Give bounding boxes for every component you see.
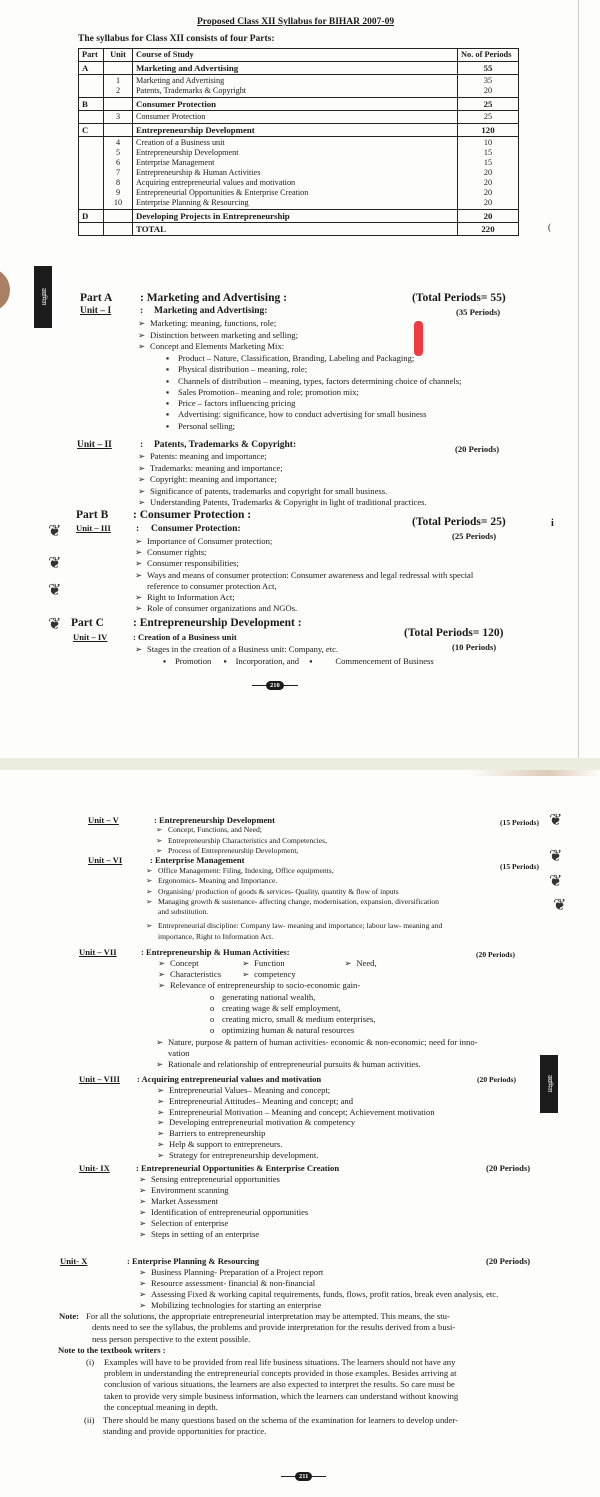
periods-cell: 35 20 [458,75,519,98]
unit-number: 8 [107,178,129,188]
arrow-bullet-icon: ➢ [344,958,356,969]
writers-note-heading: Note to the textbook writers : [58,1345,166,1355]
unit-8-items: ➢Entrepreneurial Values– Meaning and con… [157,1085,435,1161]
page-number: 210 [266,681,284,690]
item-text: Sales Promotion– meaning and role; promo… [178,387,359,397]
square-bullet-icon: ▪ [166,398,178,409]
list-item: ➢Entrepreneurial discipline: Company law… [146,921,442,931]
course-cell: Consumer Protection [133,111,458,124]
unit-2-periods: (20 Periods) [455,444,499,454]
syllabus-page-210: Proposed Class XII Syllabus for BIHAR 20… [0,0,600,758]
arrow-bullet-icon: ➢ [157,1085,169,1096]
arrow-bullet-icon: ➢ [242,969,254,980]
unit-periods: 20 [461,198,515,208]
unit-1-title: Marketing and Advertising: [154,306,267,316]
unit-course: Enterprise Management [136,158,454,168]
part-cell: B [79,98,104,111]
note-line: For all the solutions, the appropriate e… [86,1311,455,1322]
unit-cell [104,210,133,223]
arrow-bullet-icon: ➢ [135,592,147,603]
header-part: Part [79,49,104,62]
periods-cell: 10 15 15 20 20 20 20 [458,137,519,210]
colon: : [140,440,143,450]
list-item: ▪Physical distribution – meaning, role; [166,364,462,375]
item-text: Mobilizing technologies for starting an … [151,1300,321,1310]
unit-periods: 20 [461,86,515,96]
item-text: Selection of enterprise [151,1218,228,1228]
unit-5-items: ➢Concept, Functions, and Need; ➢Entrepre… [156,825,327,857]
note-line: ness person perspective to the extent po… [86,1334,455,1345]
item-text: Consumer responsibilities; [147,558,239,568]
leaf-ornament-icon: ❦ [549,871,562,891]
arrow-bullet-icon: ➢ [139,1196,151,1207]
list-item: ogenerating national wealth, [210,992,375,1003]
unit-10-label: Unit- X [60,1256,87,1266]
table-row: C Entrepreneurship Development 120 [79,124,519,137]
margin-mark: i [551,518,554,529]
arrow-bullet-icon: ➢ [139,1185,151,1196]
note-text: For all the solutions, the appropriate e… [86,1311,455,1345]
unit-2-label: Unit – II [77,440,112,450]
unit-course: Enterprise Planning & Resourcing [136,198,454,208]
item-text: Relevance of entrepreneurship to socio-e… [170,980,360,990]
list-item: ➢Strategy for entrepreneurship developme… [157,1150,435,1161]
item-text: Ways and means of consumer protection: C… [147,570,473,580]
note-line: dents need to see the syllabus, the prob… [86,1322,455,1333]
course-cell: Marketing and Advertising [133,62,458,75]
item-text: Market Assessment [151,1196,218,1206]
unit-course: Patents, Trademarks & Copyright [136,86,454,96]
list-item: ➢Business Planning- Preparation of a Pro… [139,1267,498,1278]
part-cell [79,223,104,236]
item-text: Process of Entrepreneurship Development, [168,846,298,855]
unit-course: Entrepreneurship & Human Activities [136,168,454,178]
list-item: ➢Office Management: Filing, Indexing, Of… [146,866,442,876]
list-item: ➢Distinction between marketing and selli… [138,330,298,342]
part-a-title: : Marketing and Advertising : [140,292,287,304]
course-cell: Creation of a Business unit Entrepreneur… [133,137,458,210]
periods-cell: 20 [458,210,519,223]
leaf-ornament-icon: ❦ [48,553,61,573]
unit-10-items: ➢Business Planning- Preparation of a Pro… [139,1267,498,1311]
colon: : [136,524,139,534]
arrow-bullet-icon: ➢ [156,1037,168,1048]
square-bullet-icon: ▪ [166,421,178,432]
arrow-bullet-icon: ➢ [139,1300,151,1311]
periods-cell: 55 [458,62,519,75]
course-cell: Developing Projects in Entrepreneurship [133,210,458,223]
arrow-bullet-icon: ➢ [158,958,170,969]
periods-cell: 25 [458,98,519,111]
arrow-bullet-icon: ➢ [157,1139,169,1150]
unit-2-items: ➢Patents: meaning and importance; ➢Trade… [138,451,427,509]
periods-cell: 120 [458,124,519,137]
table-row: 1 2 Marketing and Advertising Patents, T… [79,75,519,98]
unit-cell [104,223,133,236]
list-item: ➢Importance of Consumer protection; [135,536,473,547]
list-item: ➢Understanding Patents, Trademarks & Cop… [138,497,427,509]
item-text: Concept, Functions, and Need; [168,825,262,834]
arrow-bullet-icon: ➢ [158,969,170,980]
margin-mark: ( [548,222,551,232]
arrow-bullet-icon: ➢ [138,330,150,342]
item-text: Assessing Fixed & working capital requir… [151,1289,498,1299]
unit-periods: 20 [461,188,515,198]
unit-periods: 20 [461,178,515,188]
item-text: Right to Information Act; [147,592,235,602]
item-text: Resource assessment- financial & non-fin… [151,1278,315,1288]
note-line: standing and provide opportunities for p… [103,1426,458,1437]
unit-number: 1 [107,76,129,86]
list-item: ooptimizing human & natural resources [210,1025,375,1036]
leaf-ornament-icon: ❦ [48,580,61,600]
syllabus-table: Part Unit Course of Study No. of Periods… [78,48,519,236]
arrow-bullet-icon: ➢ [139,1267,151,1278]
item-text: Incorporation, and [236,656,299,666]
unit-6-title: : Enterprise Management [150,855,245,865]
list-item: ➢Organising/ production of goods & servi… [146,887,442,897]
item-text: Function [254,958,342,969]
list-item: ➢Marketing: meaning, functions, role; [138,318,298,330]
item-text: Entrepreneurial Values– Meaning and conc… [169,1085,330,1095]
arrow-bullet-icon: ➢ [135,644,147,655]
item-text: Managing growth & sustenance- affecting … [158,897,439,906]
leaf-ornament-icon: ❦ [549,846,562,866]
header-course: Course of Study [133,49,458,62]
item-text: Developing entrepreneurial motivation & … [169,1117,355,1127]
item-text: generating national wealth, [222,992,315,1002]
list-item: ➢Ergonomics- Meaning and Importance. [146,876,442,886]
unit-9-title: : Entrepreneurial Opportunities & Enterp… [136,1163,339,1173]
ribbon-text: उद्यमिता [545,1075,553,1092]
unit-4-label: Unit – IV [73,632,107,642]
unit-course: Creation of a Business unit [136,138,454,148]
list-item: ➢Identification of entrepreneurial oppor… [139,1207,308,1218]
item-text: Role of consumer organizations and NGOs. [147,603,297,613]
arrow-bullet-icon: ➢ [146,921,158,931]
unit-number: 4 [107,138,129,148]
item-text: Understanding Patents, Trademarks & Copy… [150,497,427,507]
item-text: reference to consumer protection Act, [147,581,277,591]
square-bullet-icon: ▪ [166,364,178,375]
square-bullet-icon: ▪ [309,656,321,666]
unit-periods: 10 [461,138,515,148]
arrow-bullet-icon: ➢ [135,570,147,581]
list-item: ▪Channels of distribution – meaning, typ… [166,376,462,387]
circle-bullet-icon: o [210,1003,222,1014]
item-number: (i) [86,1357,94,1368]
arrow-bullet-icon: ➢ [157,1096,169,1107]
arrow-bullet-icon: ➢ [139,1207,151,1218]
item-text: Identification of entrepreneurial opport… [151,1207,308,1217]
item-text: Channels of distribution – meaning, type… [178,376,462,386]
arrow-bullet-icon: ➢ [138,341,150,353]
arrow-bullet-icon: ➢ [146,897,158,907]
page-edge [578,0,579,758]
list-item: importance, Right to Information Act. [146,932,442,942]
unit-10-periods: (20 Periods) [486,1256,530,1266]
unit-7-subitems: ogenerating national wealth, ocreating w… [210,992,375,1036]
table-row: B Consumer Protection 25 [79,98,519,111]
arrow-bullet-icon: ➢ [135,603,147,614]
arrow-bullet-icon: ➢ [156,1059,168,1070]
intro-text: The syllabus for Class XII consists of f… [78,34,275,44]
list-item: ➢Entrepreneurship Characteristics and Co… [156,836,327,847]
item-text: optimizing human & natural resources [222,1025,354,1035]
unit-cell [104,124,133,137]
table-row: D Developing Projects in Entrepreneurshi… [79,210,519,223]
list-item: ➢Market Assessment [139,1196,308,1207]
course-cell: Consumer Protection [133,98,458,111]
inline-row: ➢Concept ➢Function ➢Need, [158,958,377,969]
arrow-bullet-icon: ➢ [156,825,168,836]
list-item: ➢Help & support to entrepreneurs. [157,1139,435,1150]
arrow-bullet-icon: ➢ [156,836,168,847]
list-item: ➢Consumer responsibilities; [135,558,473,569]
leaf-ornament-icon: ❦ [553,895,566,915]
item-text: importance, Right to Information Act. [158,932,273,941]
arrow-bullet-icon: ➢ [138,497,150,509]
square-bullet-icon: ▪ [224,656,236,666]
list-item: ➢Rationale and relationship of entrepren… [156,1059,478,1070]
inline-row: ➢Characteristics ➢competency [158,969,377,980]
list-item: ➢Entrepreneurial Values– Meaning and con… [157,1085,435,1096]
unit-8-periods: (20 Periods) [477,1075,516,1084]
item-text: Significance of patents, trademarks and … [150,486,387,496]
unit-cell: 4 5 6 7 8 9 10 [104,137,133,210]
item-text: Ergonomics- Meaning and Importance. [158,876,277,885]
item-text: Entrepreneurial Attitudes– Meaning and c… [169,1096,353,1106]
arrow-bullet-icon: ➢ [146,876,158,886]
unit-3-title: Consumer Protection: [151,524,241,534]
unit-6-label: Unit – VI [88,855,122,865]
unit-5-periods: (15 Periods) [500,818,539,827]
list-item: ➢Significance of patents, trademarks and… [138,486,427,498]
unit-3-items: ➢Importance of Consumer protection; ➢Con… [135,536,473,614]
list-item: ▪Advertising: significance, how to condu… [166,409,462,420]
arrow-bullet-icon: ➢ [157,1107,169,1118]
list-item: ➢Concept and Elements Marketing Mix: [138,341,298,353]
item-text: Marketing: meaning, functions, role; [150,318,276,328]
part-c-total: (Total Periods= 120) [404,627,503,639]
part-cell [79,75,104,98]
item-text: Entrepreneurship Characteristics and Com… [168,836,327,845]
list-item: ➢Managing growth & sustenance- affecting… [146,897,442,907]
arrow-bullet-icon: ➢ [138,486,150,498]
chapter-ribbon: उद्यमिता [540,1055,558,1113]
page-number-211: 211 [281,1472,326,1481]
list-item: ➢Relevance of entrepreneurship to socio-… [158,980,377,991]
part-b-title: : Consumer Protection : [133,509,251,521]
unit-course: Entrepreneurship Development [136,148,454,158]
item-text: Nature, purpose & pattern of human activ… [168,1037,478,1047]
table-row: 4 5 6 7 8 9 10 Creation of a Business un… [79,137,519,210]
leaf-ornament-icon: ❦ [549,810,562,830]
list-item: ➢Mobilizing technologies for starting an… [139,1300,498,1311]
arrow-bullet-icon: ➢ [146,887,158,897]
unit-number: 9 [107,188,129,198]
unit-number: 10 [107,198,129,208]
item-text: Importance of Consumer protection; [147,536,272,546]
arrow-bullet-icon: ➢ [157,1117,169,1128]
page-edge-stain [470,770,600,776]
item-text: Help & support to entrepreneurs. [169,1139,282,1149]
list-item: ➢Selection of enterprise [139,1218,308,1229]
list-item: ➢Patents: meaning and importance; [138,451,427,463]
item-text: Environment scanning [151,1185,229,1195]
part-b-label: Part B [76,509,108,521]
list-item: ➢Entrepreneurial Attitudes– Meaning and … [157,1096,435,1107]
list-item: ➢Environment scanning [139,1185,308,1196]
unit-8-title: : Acquiring entrepreneurial values and m… [137,1074,321,1084]
list-item: ▪Price – factors influencing pricing [166,398,462,409]
course-cell: Entrepreneurship Development [133,124,458,137]
unit-9-label: Unit- IX [79,1163,110,1173]
part-a-total: (Total Periods= 55) [412,292,506,304]
unit-1-items: ➢Marketing: meaning, functions, role; ➢D… [138,318,298,353]
item-text: vation [168,1048,189,1058]
item-text: Characteristics [170,969,240,980]
finger-shadow [0,268,10,312]
item-text: Organising/ production of goods & servic… [158,887,399,896]
total-label: TOTAL [133,223,458,236]
note-line: conclusion of various situations, the le… [104,1379,458,1390]
arrow-bullet-icon: ➢ [139,1289,151,1300]
item-text: Office Management: Filing, Indexing, Off… [158,866,334,875]
unit-5-label: Unit – V [88,815,119,825]
unit-1-subitems: ▪Product – Nature, Classification, Brand… [166,353,462,432]
list-item: ➢Right to Information Act; [135,592,473,603]
unit-periods: 20 [461,168,515,178]
arrow-bullet-icon: ➢ [157,1128,169,1139]
page-number: 211 [295,1472,312,1481]
unit-course: Marketing and Advertising [136,76,454,86]
unit-7-periods: (20 Periods) [476,950,515,959]
list-item: ➢Steps in setting of an enterprise [139,1229,308,1240]
list-item: ocreating micro, small & medium enterpri… [210,1014,375,1025]
part-c-label: Part C [71,617,104,629]
arrow-bullet-icon: ➢ [158,980,170,991]
unit-9-items: ➢Sensing entrepreneurial opportunities ➢… [139,1174,308,1240]
item-text: Entrepreneurial discipline: Company law-… [158,921,442,930]
arrow-bullet-icon: ➢ [138,318,150,330]
header-unit: Unit [104,49,133,62]
unit-cell [104,98,133,111]
arrow-bullet-icon: ➢ [139,1218,151,1229]
list-item: and substitution. [146,907,442,917]
item-text: Consumer rights; [147,547,206,557]
list-item: ocreating wage & self employment, [210,1003,375,1014]
note-line: the conceptual meaning in depth. [104,1402,458,1413]
item-text: Commencement of Business [335,656,433,666]
unit-periods: 15 [461,148,515,158]
square-bullet-icon: ▪ [166,387,178,398]
course-cell: Marketing and Advertising Patents, Trade… [133,75,458,98]
item-text: Concept and Elements Marketing Mix: [150,341,284,351]
writers-note-item-1: (i) Examples will have to be provided fr… [86,1357,458,1413]
item-text: Concept [170,958,240,969]
unit-number: 5 [107,148,129,158]
part-cell [79,137,104,210]
unit-7-inline-items: ➢Concept ➢Function ➢Need, ➢Characteristi… [158,958,377,991]
item-text: Business Planning- Preparation of a Proj… [151,1267,323,1277]
item-text: Promotion [175,656,211,666]
item-text: Advertising: significance, how to conduc… [178,409,426,419]
table-total-row: TOTAL 220 [79,223,519,236]
page-number-210: 210 [252,681,298,690]
item-text: Physical distribution – meaning, role; [178,364,307,374]
periods-cell: 25 [458,111,519,124]
part-cell: C [79,124,104,137]
part-cell: A [79,62,104,75]
syllabus-page-211: Unit – V : Entrepreneurship Development … [0,770,600,1497]
item-text: Stages in the creation of a Business uni… [147,644,338,654]
ribbon-text: उद्यमिता [39,288,47,305]
unit-9-periods: (20 Periods) [486,1163,530,1173]
item-text: Rationale and relationship of entreprene… [168,1059,421,1069]
unit-cell: 3 [104,111,133,124]
square-bullet-icon: ▪ [163,656,175,666]
unit-7-items: ➢Nature, purpose & pattern of human acti… [156,1037,478,1070]
unit-5-title: : Entrepreneurship Development [154,815,275,825]
unit-3-label: Unit – III [76,523,111,533]
item-text: and substitution. [158,907,208,916]
arrow-bullet-icon: ➢ [157,1150,169,1161]
item-text: Personal selling; [178,421,235,431]
list-item: ➢Entrepreneurial Motivation – Meaning an… [157,1107,435,1118]
list-item: ➢Stages in the creation of a Business un… [135,644,338,655]
unit-8-label: Unit – VIII [79,1074,120,1084]
item-text: Strategy for entrepreneurship developmen… [169,1150,318,1160]
list-item: ➢Ways and means of consumer protection: … [135,570,473,581]
item-text: creating wage & self employment, [222,1003,341,1013]
unit-10-title: : Enterprise Planning & Resourcing [127,1256,259,1266]
unit-periods: 15 [461,158,515,168]
table-row: 3 Consumer Protection 25 [79,111,519,124]
unit-cell [104,62,133,75]
item-text: creating micro, small & medium enterpris… [222,1014,375,1024]
item-text: competency [254,969,296,979]
item-text: Copyright: meaning and importance; [150,474,277,484]
list-item: ▪Sales Promotion– meaning and role; prom… [166,387,462,398]
arrow-bullet-icon: ➢ [139,1174,151,1185]
list-item: ➢Barriers to entrepreneurship [157,1128,435,1139]
part-c-title: : Entrepreneurship Development : [133,617,302,629]
item-number: (ii) [84,1415,95,1426]
item-text: Steps in setting of an enterprise [151,1229,259,1239]
list-item: ➢Trademarks: meaning and importance; [138,463,427,475]
unit-4-subitems: ▪Promotion ▪Incorporation, and ▪Commence… [163,656,434,666]
part-b-total: (Total Periods= 25) [412,516,506,528]
list-item: vation [156,1048,478,1059]
part-cell: D [79,210,104,223]
list-item: ▪Personal selling; [166,421,462,432]
colon: : [140,306,143,316]
leaf-ornament-icon: ❦ [48,521,61,541]
note-line: taken to provide very simple business in… [104,1391,458,1402]
table-row: A Marketing and Advertising 55 [79,62,519,75]
list-item: ➢Developing entrepreneurial motivation &… [157,1117,435,1128]
arrow-bullet-icon: ➢ [242,958,254,969]
list-item: ➢Consumer rights; [135,547,473,558]
item-text: Patents: meaning and importance; [150,451,267,461]
list-item: ➢Nature, purpose & pattern of human acti… [156,1037,478,1048]
arrow-bullet-icon: ➢ [138,451,150,463]
circle-bullet-icon: o [210,992,222,1003]
arrow-bullet-icon: ➢ [139,1278,151,1289]
unit-number: 7 [107,168,129,178]
list-item: reference to consumer protection Act, [135,581,473,592]
